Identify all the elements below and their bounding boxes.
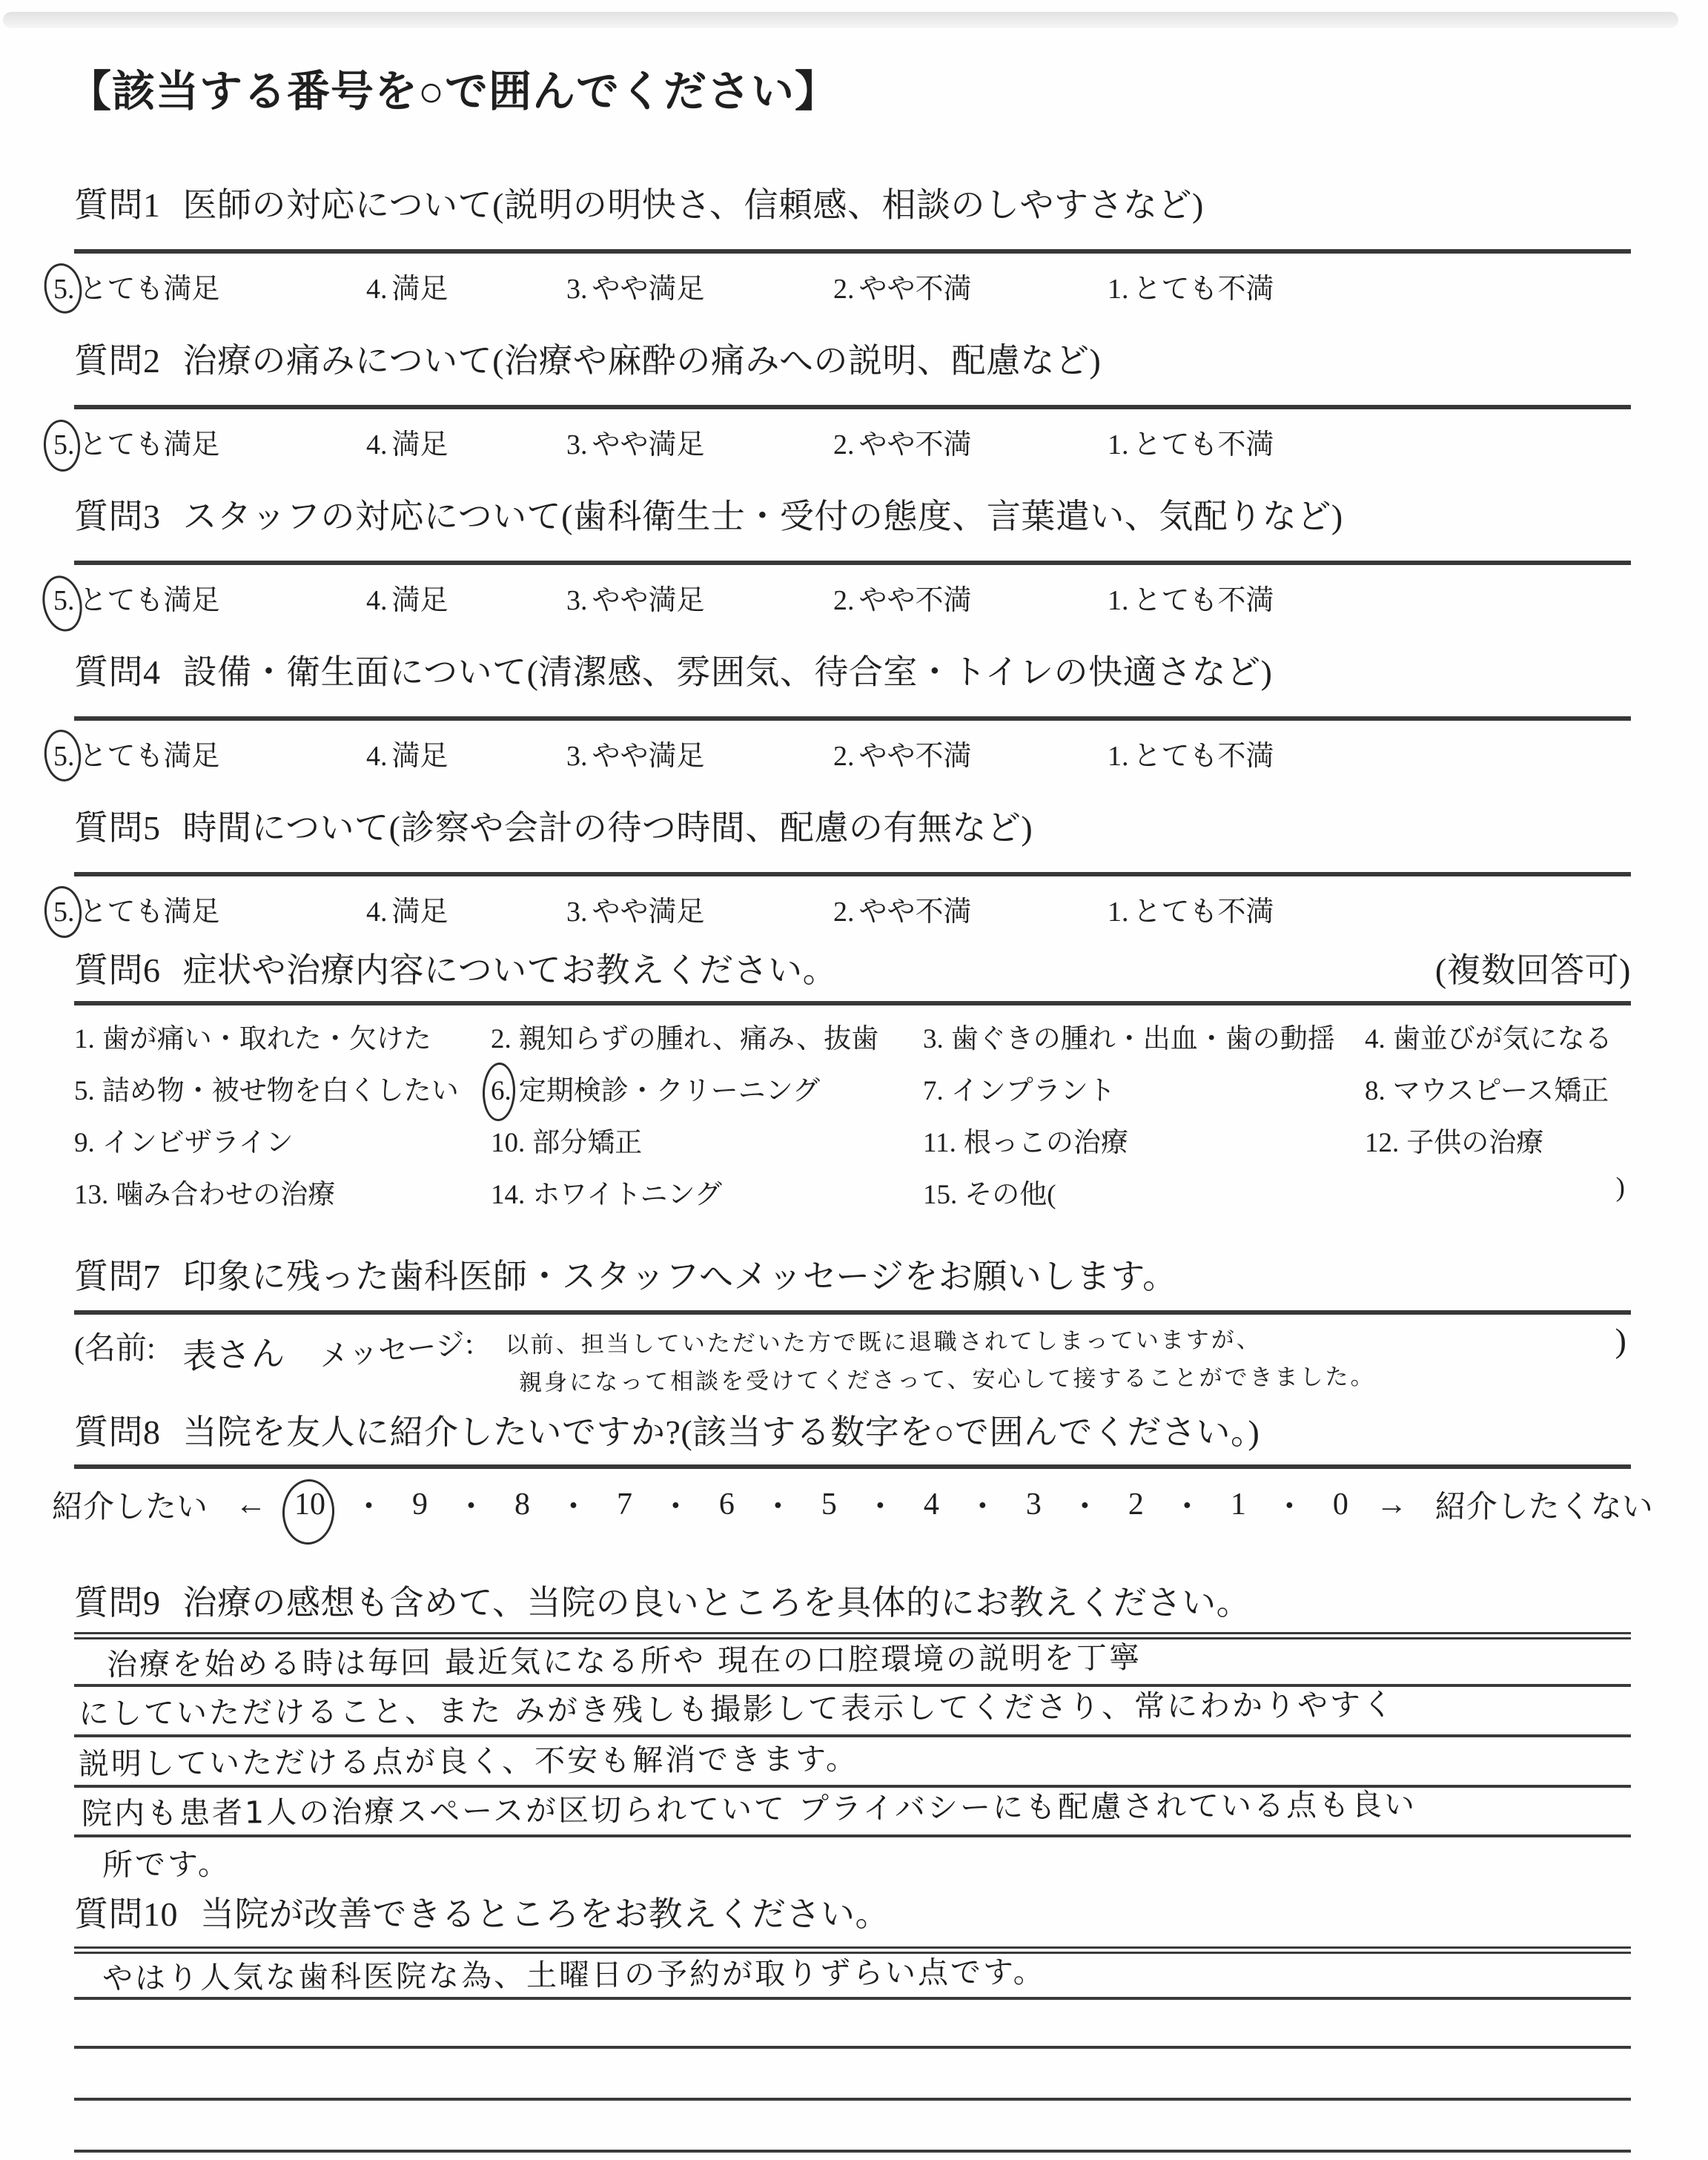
option-label: ホワイトニング (532, 1180, 722, 1210)
rating-number: 2. (833, 273, 855, 305)
scale-separator: ・ (455, 1482, 486, 1527)
option-label: 15.その他( (923, 1172, 1056, 1212)
symptom-options-grid: 1.歯が痛い・取れた・欠けた 2.親知らずの腫れ、痛み、抜歯 3.歯ぐきの腫れ・… (74, 1010, 1631, 1218)
symptom-option: 14.ホワイトニング (491, 1172, 923, 1212)
question-8-section: 質問8 当院を友人に紹介したいですか?(該当する数字を○で囲んでください。) 紹… (74, 1405, 1631, 1527)
question-8-title: 当院を友人に紹介したいですか?(該当する数字を○で囲んでください。) (183, 1405, 1260, 1454)
rating-number: 3. (566, 896, 588, 928)
symptom-option: 13.噛み合わせの治療 (74, 1172, 491, 1212)
rating-option: 2.やや不満 (833, 421, 1108, 462)
rating-label: とても満足 (79, 585, 220, 616)
symptom-option: 8.マウスピース矯正 (1365, 1068, 1631, 1108)
question-7-answer-area: (名前: 表さん メッセージ: 以前、担当していただいた方で既に退職されてしまっ… (74, 1324, 1631, 1399)
option-number: 8. (1365, 1075, 1386, 1107)
rating-option: 5.とても満足 (53, 265, 366, 306)
handwritten-answer-line-3: 説明していただける点が良く、不安も解消できます。 (79, 1734, 858, 1783)
handwritten-answer-line-1: 治療を始める時は毎回 最近気になる所や 現在の口腔環境の説明を丁寧 (107, 1633, 1142, 1684)
option-label: 歯並びが気になる (1393, 1024, 1612, 1054)
rating-number: 4. (366, 584, 388, 617)
circle-annotation: 5. (53, 429, 75, 461)
symptom-option: 5.詰め物・被せ物を白くしたい (74, 1068, 491, 1108)
rating-label: やや不満 (859, 274, 972, 305)
question-3-title: スタッフの対応について(歯科衛生士・受付の態度、言葉遣い、気配りなど) (183, 489, 1343, 538)
symptom-option: 1.歯が痛い・取れた・欠けた (74, 1016, 491, 1056)
answer-line: 治療を始める時は毎回 最近気になる所や 現在の口腔環境の説明を丁寧 (74, 1639, 1631, 1687)
circle-annotation: 5. (53, 584, 75, 617)
scale-separator: ・ (1274, 1482, 1305, 1527)
question-2-title: 治療の痛みについて(治療や麻酔の痛みへの説明、配慮など) (183, 334, 1102, 383)
option-number: 4. (1365, 1023, 1386, 1055)
symptom-option-other: 15.その他( ) (923, 1172, 1631, 1212)
rating-number: 2. (833, 584, 855, 617)
message-line-1: 以前、担当していただいた方で既に退職されてしまっていますが、 (506, 1321, 1376, 1364)
question-6-title: 症状や治療内容についてお教えください。 (183, 943, 838, 992)
rating-option: 1.とても不満 (1108, 888, 1274, 929)
symptom-options-row: 1.歯が痛い・取れた・欠けた 2.親知らずの腫れ、痛み、抜歯 3.歯ぐきの腫れ・… (74, 1010, 1631, 1062)
rating-option: 3.やや満足 (566, 888, 833, 929)
rating-number: 1. (1108, 429, 1129, 461)
rating-number: 1. (1108, 584, 1129, 617)
rating-label: やや満足 (592, 741, 705, 772)
empty-answer-line (74, 2049, 1631, 2101)
option-number: 2. (491, 1023, 512, 1055)
question-4-rating-row: 5.とても満足 4.満足 3.やや満足 2.やや不満 1.とても不満 (53, 733, 1631, 773)
right-arrow-icon: → (1376, 1487, 1407, 1522)
scale-number: 4 (924, 1487, 939, 1522)
scale-separator: ・ (762, 1482, 793, 1527)
rating-number: 3. (566, 273, 588, 305)
symptom-options-row: 5.詰め物・被せ物を白くしたい 6.定期検診・クリーニング 7.インプラント 8… (74, 1062, 1631, 1114)
option-number: 3. (923, 1023, 944, 1055)
question-4-heading: 質問4 設備・衛生面について(清潔感、雰囲気、待合室・トイレの快適さなど) (74, 645, 1631, 694)
question-2-section: 質問2 治療の痛みについて(治療や麻酔の痛みへの説明、配慮など) 5.とても満足… (74, 334, 1631, 462)
circle-annotation: 5. (53, 273, 75, 305)
rating-label: やや不満 (859, 429, 972, 460)
question-2-number: 質問2 (74, 334, 161, 383)
rating-number: 4. (366, 429, 388, 461)
scale-left-label: 紹介したい (52, 1482, 208, 1527)
rating-label: やや不満 (859, 741, 972, 772)
scale-separator: ・ (353, 1482, 384, 1527)
scale-right-label: 紹介したくない (1435, 1482, 1653, 1527)
rating-number: 1. (1108, 273, 1129, 305)
rating-number: 1. (1108, 896, 1129, 928)
question-10-number: 質問10 (74, 1887, 178, 1936)
rating-label: とても満足 (79, 896, 220, 928)
answer-line: やはり人気な歯科医院な為、土曜日の予約が取りずらい点です。 (74, 1954, 1631, 2000)
question-2-rating-row: 5.とても満足 4.満足 3.やや満足 2.やや不満 1.とても不満 (53, 421, 1631, 462)
question-3-rating-row: 5.とても満足 4.満足 3.やや満足 2.やや不満 1.とても不満 (53, 577, 1631, 618)
empty-answer-line (74, 2000, 1631, 2049)
question-5-rating-row: 5.とても満足 4.満足 3.やや満足 2.やや不満 1.とても不満 (53, 888, 1631, 929)
scale-number: 2 (1128, 1487, 1144, 1522)
scale-separator: ・ (1069, 1482, 1100, 1527)
symptom-option: 4.歯並びが気になる (1365, 1016, 1631, 1056)
rating-number: 4. (366, 740, 388, 773)
symptom-options-row: 9.インビザライン 10.部分矯正 11.根っこの治療 12.子供の治療 (74, 1114, 1631, 1166)
rating-number: 4. (366, 896, 388, 928)
question-8-number: 質問8 (74, 1405, 161, 1454)
question-1-heading: 質問1 医師の対応について(説明の明快さ、信頼感、相談のしやすさなど) (74, 178, 1631, 227)
option-label: 詰め物・被せ物を白くしたい (102, 1076, 459, 1106)
symptom-option: 9.インビザライン (74, 1120, 491, 1160)
rating-option: 2.やや不満 (833, 733, 1108, 773)
question-1-rating-row: 5.とても満足 4.満足 3.やや満足 2.やや不満 1.とても不満 (53, 265, 1631, 306)
message-line-2: 親身になって相談を受けてくださって、安心して接することができました。 (519, 1358, 1376, 1402)
question-9-section: 質問9 治療の感想も含めて、当院の良いところを具体的にお教えください。 治療を始… (74, 1576, 1631, 1886)
section-divider (74, 716, 1631, 721)
rating-option: 4.満足 (366, 577, 566, 618)
question-7-section: 質問7 印象に残った歯科医師・スタッフへメッセージをお願いします。 (名前: 表… (74, 1249, 1631, 1399)
rating-label: やや不満 (859, 896, 972, 928)
question-9-number: 質問9 (74, 1576, 161, 1625)
scale-number: 1 (1231, 1487, 1246, 1522)
rating-option: 2.やや不満 (833, 265, 1108, 306)
section-divider (74, 1001, 1631, 1005)
message-handwritten-text: 以前、担当していただいた方で既に退職されてしまっていますが、 親身になって相談を… (506, 1321, 1376, 1402)
option-label: 根っこの治療 (964, 1128, 1128, 1158)
rating-option: 3.やや満足 (566, 733, 833, 773)
section-divider (74, 872, 1631, 876)
question-3-heading: 質問3 スタッフの対応について(歯科衛生士・受付の態度、言葉遣い、気配りなど) (74, 489, 1631, 538)
scale-number: 9 (412, 1487, 428, 1522)
rating-label: とても不満 (1133, 274, 1274, 305)
rating-option: 3.やや満足 (566, 577, 833, 618)
rating-option: 2.やや不満 (833, 888, 1108, 929)
rating-option: 5.とても満足 (53, 888, 366, 929)
scale-number: 0 (1333, 1487, 1348, 1522)
symptom-option: 10.部分矯正 (491, 1120, 923, 1160)
rating-option: 1.とても不満 (1108, 733, 1274, 773)
section-divider (74, 249, 1631, 254)
rating-option: 5.とても満足 (53, 577, 366, 618)
question-1-title: 医師の対応について(説明の明快さ、信頼感、相談のしやすさなど) (183, 178, 1204, 227)
name-field-close-paren: ) (1615, 1321, 1626, 1360)
option-label: その他( (964, 1180, 1056, 1210)
option-label: インプラント (951, 1076, 1116, 1106)
question-6-number: 質問6 (74, 943, 161, 992)
rating-label: 満足 (392, 585, 448, 616)
rating-label: やや不満 (859, 585, 972, 616)
answer-overflow-line: 所です。 (74, 1837, 1631, 1886)
scale-separator: ・ (864, 1482, 896, 1527)
rating-option: 3.やや満足 (566, 421, 833, 462)
handwritten-answer-line-5: 所です。 (102, 1839, 231, 1883)
rating-option: 5.とても満足 (53, 421, 366, 462)
rating-number: 4. (366, 273, 388, 305)
symptom-option: 11.根っこの治療 (923, 1120, 1365, 1160)
option-label: インビザライン (102, 1128, 294, 1158)
rating-option: 4.満足 (366, 421, 566, 462)
recommend-scale-row: 紹介したい ← 10 ・ 9 ・ 8 ・ 7 ・ 6 ・ 5 ・ 4 ・ 3 ・… (52, 1482, 1653, 1527)
rating-label: とても満足 (79, 741, 220, 772)
question-4-section: 質問4 設備・衛生面について(清潔感、雰囲気、待合室・トイレの快適さなど) 5.… (74, 645, 1631, 773)
option-label: 噛み合わせの治療 (116, 1180, 335, 1210)
question-10-section: 質問10 当院が改善できるところをお教えください。 やはり人気な歯科医院な為、土… (74, 1887, 1631, 2153)
option-number: 12. (1365, 1127, 1399, 1159)
rating-number: 3. (566, 740, 588, 773)
other-close-paren: ) (1616, 1172, 1625, 1212)
name-field-label: (名前: (74, 1324, 156, 1368)
question-6-heading: 質問6 症状や治療内容についてお教えください。 (複数回答可) (74, 943, 1631, 992)
question-5-section: 質問5 時間について(診察や会計の待つ時間、配慮の有無など) 5.とても満足 4… (74, 801, 1631, 929)
message-field-label: メッセージ: (317, 1320, 475, 1375)
question-4-title: 設備・衛生面について(清潔感、雰囲気、待合室・トイレの快適さなど) (183, 645, 1273, 694)
symptom-option: 7.インプラント (923, 1068, 1365, 1108)
rating-label: とても不満 (1133, 741, 1274, 772)
option-number: 1. (74, 1023, 95, 1055)
question-3-number: 質問3 (74, 489, 161, 538)
section-divider (74, 405, 1631, 409)
rating-label: 満足 (392, 274, 448, 305)
survey-form-page: 【該当する番号を○で囲んでください】 質問1 医師の対応について(説明の明快さ、… (0, 0, 1708, 2160)
section-divider (74, 1464, 1631, 1469)
option-number: 13. (74, 1179, 108, 1211)
option-number: 15. (923, 1179, 957, 1211)
rating-label: 満足 (392, 429, 448, 460)
scale-number: 6 (719, 1487, 735, 1522)
symptom-option: 12.子供の治療 (1365, 1120, 1631, 1160)
rating-number: 1. (1108, 740, 1129, 773)
answer-line: 院内も患者1人の治療スペースが区切られていて プライバシーにも配慮されている点も… (74, 1788, 1631, 1837)
question-10-title: 当院が改善できるところをお教えください。 (200, 1887, 890, 1936)
circle-annotation: 5. (53, 896, 75, 928)
option-number: 11. (923, 1127, 956, 1159)
symptom-option: 6.定期検診・クリーニング (491, 1068, 923, 1108)
scan-artifact-band (3, 12, 1678, 28)
rating-option: 4.満足 (366, 265, 566, 306)
scale-separator: ・ (1171, 1482, 1202, 1527)
option-label: 子供の治療 (1406, 1128, 1543, 1158)
option-number: 10. (491, 1127, 525, 1159)
scale-number: 3 (1026, 1487, 1042, 1522)
rating-number: 3. (566, 584, 588, 617)
scale-separator: ・ (967, 1482, 998, 1527)
rating-option: 4.満足 (366, 888, 566, 929)
option-number: 9. (74, 1127, 95, 1159)
option-label: 部分矯正 (532, 1128, 642, 1158)
option-label: 歯が痛い・取れた・欠けた (102, 1024, 431, 1054)
rating-option: 3.やや満足 (566, 265, 833, 306)
circle-annotation: 10 (294, 1487, 325, 1522)
option-number: 7. (923, 1075, 944, 1107)
question-8-heading: 質問8 当院を友人に紹介したいですか?(該当する数字を○で囲んでください。) (74, 1405, 1631, 1454)
scale-number: 8 (514, 1487, 530, 1522)
rating-label: とても満足 (79, 274, 220, 305)
rating-number: 2. (833, 429, 855, 461)
question-9-title: 治療の感想も含めて、当院の良いところを具体的にお教えください。 (183, 1576, 1251, 1625)
option-label: 定期検診・クリーニング (519, 1076, 820, 1106)
question-7-number: 質問7 (74, 1249, 161, 1298)
question-7-title: 印象に残った歯科医師・スタッフへメッセージをお願いします。 (183, 1249, 1177, 1298)
rating-option: 2.やや不満 (833, 577, 1108, 618)
rating-option: 5.とても満足 (53, 733, 366, 773)
handwritten-answer-line-2: にしていただけること、また みがき残しも撮影して表示してくださり、常にわかりやす… (79, 1680, 1395, 1732)
form-title: 【該当する番号を○で囲んでください】 (68, 56, 838, 119)
option-number: 5. (74, 1075, 95, 1107)
scale-number: 5 (821, 1487, 837, 1522)
scale-separator: ・ (557, 1482, 589, 1527)
question-5-number: 質問5 (74, 801, 161, 850)
empty-answer-line (74, 2101, 1631, 2153)
handwritten-answer-line-4: 院内も患者1人の治療スペースが区切られていて プライバシーにも配慮されている点も… (82, 1780, 1417, 1833)
rating-label: 満足 (392, 896, 448, 928)
question-7-heading: 質問7 印象に残った歯科医師・スタッフへメッセージをお願いします。 (74, 1249, 1631, 1298)
symptom-options-row: 13.噛み合わせの治療 14.ホワイトニング 15.その他( ) (74, 1166, 1631, 1218)
option-label: 親知らずの腫れ、痛み、抜歯 (519, 1024, 878, 1054)
rating-label: 満足 (392, 741, 448, 772)
option-number: 14. (491, 1179, 525, 1211)
left-arrow-icon: ← (236, 1487, 267, 1522)
rating-number: 2. (833, 740, 855, 773)
question-2-heading: 質問2 治療の痛みについて(治療や麻酔の痛みへの説明、配慮など) (74, 334, 1631, 383)
rating-label: やや満足 (592, 585, 705, 616)
rating-label: やや満足 (592, 429, 705, 460)
rating-option: 1.とても不満 (1108, 577, 1274, 618)
symptom-option: 2.親知らずの腫れ、痛み、抜歯 (491, 1016, 923, 1056)
rating-label: やや満足 (592, 896, 705, 928)
section-divider (74, 1310, 1631, 1315)
symptom-option: 3.歯ぐきの腫れ・出血・歯の動揺 (923, 1016, 1365, 1056)
rating-label: とても満足 (79, 429, 220, 460)
rating-label: やや満足 (592, 274, 705, 305)
section-divider (74, 561, 1631, 565)
option-label: マウスピース矯正 (1393, 1076, 1609, 1106)
circle-annotation: 5. (53, 740, 75, 773)
multiple-answers-note: (複数回答可) (1435, 943, 1631, 992)
handwritten-answer-line-1: やはり人気な歯科医院な為、土曜日の予約が取りずらい点です。 (102, 1947, 1046, 1998)
question-5-title: 時間について(診察や会計の待つ時間、配慮の有無など) (183, 801, 1033, 850)
question-9-heading: 質問9 治療の感想も含めて、当院の良いところを具体的にお教えください。 (74, 1576, 1631, 1625)
rating-label: とても不満 (1133, 896, 1274, 928)
rating-option: 4.満足 (366, 733, 566, 773)
question-5-heading: 質問5 時間について(診察や会計の待つ時間、配慮の有無など) (74, 801, 1631, 850)
question-4-number: 質問4 (74, 645, 161, 694)
question-6-section: 質問6 症状や治療内容についてお教えください。 (複数回答可) 1.歯が痛い・取… (74, 943, 1631, 1218)
question-3-section: 質問3 スタッフの対応について(歯科衛生士・受付の態度、言葉遣い、気配りなど) … (74, 489, 1631, 618)
rating-label: とても不満 (1133, 585, 1274, 616)
question-1-section: 質問1 医師の対応について(説明の明快さ、信頼感、相談のしやすさなど) 5.とて… (74, 178, 1631, 306)
scale-number: 7 (617, 1487, 632, 1522)
rating-label: とても不満 (1133, 429, 1274, 460)
rating-number: 2. (833, 896, 855, 928)
question-1-number: 質問1 (74, 178, 161, 227)
answer-line: にしていただけること、また みがき残しも撮影して表示してくださり、常にわかりやす… (74, 1687, 1631, 1737)
question-10-heading: 質問10 当院が改善できるところをお教えください。 (74, 1887, 1631, 1936)
option-label: 歯ぐきの腫れ・出血・歯の動揺 (951, 1024, 1335, 1054)
rating-number: 3. (566, 429, 588, 461)
rating-option: 1.とても不満 (1108, 265, 1274, 306)
name-handwritten-value: 表さん (182, 1327, 285, 1379)
scale-separator: ・ (660, 1482, 691, 1527)
rating-option: 1.とても不満 (1108, 421, 1274, 462)
circle-annotation: 6. (491, 1075, 512, 1107)
